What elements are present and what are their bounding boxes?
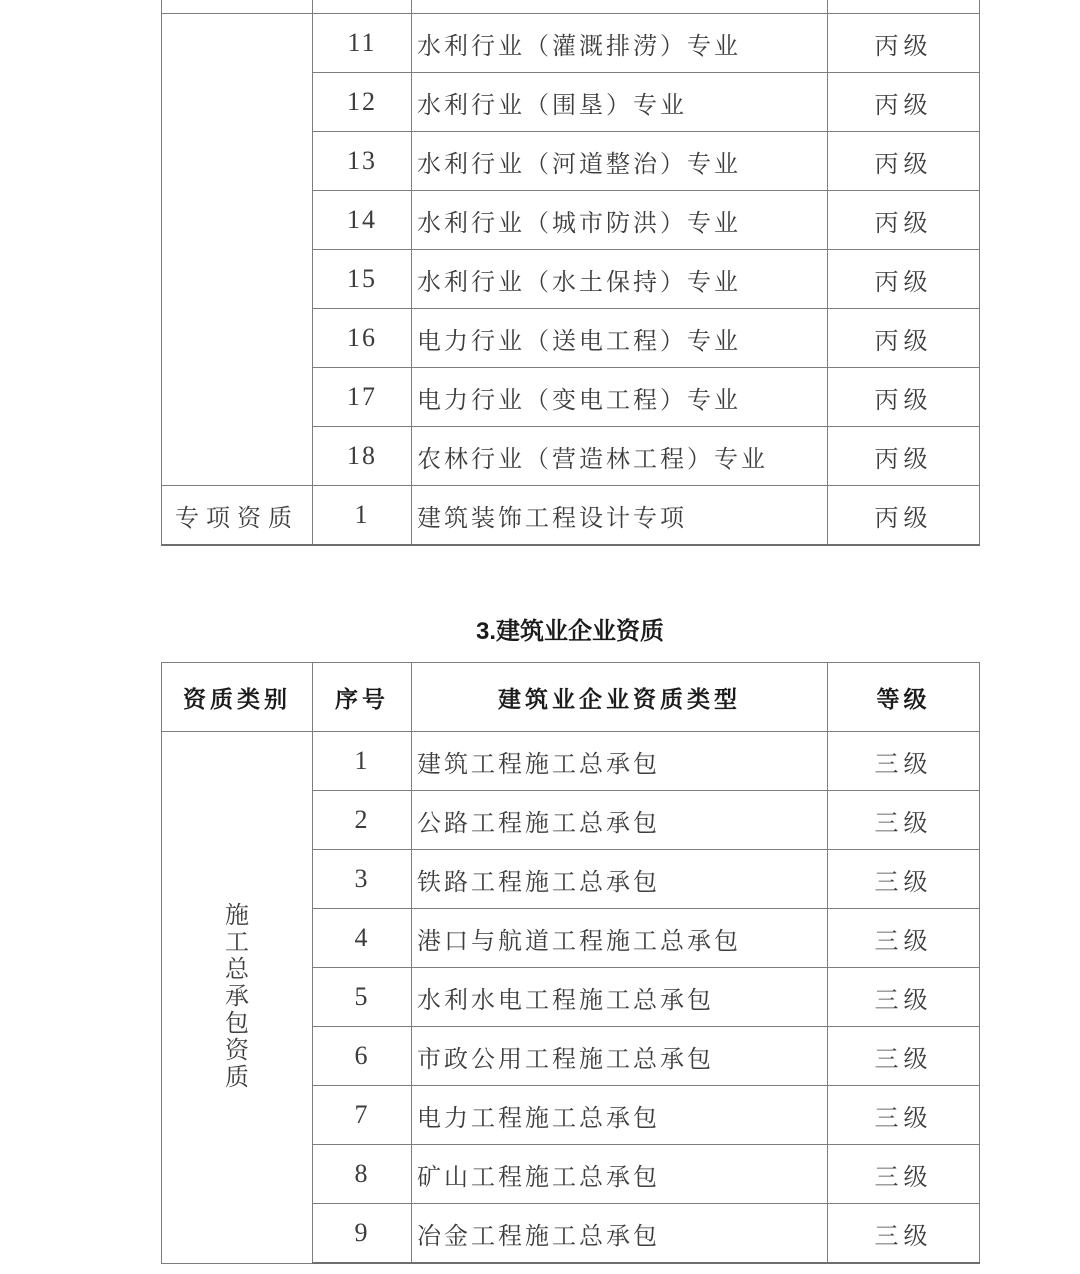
grade-cell: 丙级: [828, 73, 980, 132]
qualification-type-cell: 建筑工程施工总承包: [412, 732, 828, 791]
row-number-cell: 4: [313, 909, 412, 968]
row-number-cell: 3: [313, 850, 412, 909]
qualification-type-cell: 水利行业（城市防洪）专业: [412, 191, 828, 250]
header-qualification-type: 建筑业企业资质类型: [412, 663, 828, 732]
grade-cell: 三级: [828, 909, 980, 968]
construction-enterprise-qualification-table: 资质类别 序号 建筑业企业资质类型 等级 施工总承包资质 1 建筑工程施工总承包…: [161, 662, 980, 1264]
row-number-cell: 11: [313, 14, 412, 73]
category-cell-vertical: 施工总承包资质: [162, 732, 313, 1264]
qualification-type-cell: 建筑装饰工程设计专项: [412, 486, 828, 546]
grade-cell: 三级: [828, 732, 980, 791]
row-number-cell: 9: [313, 1204, 412, 1264]
qualification-type-cell: 农林行业（营造林工程）专业: [412, 427, 828, 486]
qualification-type-cell: 公路工程施工总承包: [412, 791, 828, 850]
grade-cell: 丙级: [828, 132, 980, 191]
qualification-type-cell: 水利行业（围垦）专业: [412, 73, 828, 132]
qualification-type-cell: 港口与航道工程施工总承包: [412, 909, 828, 968]
qualification-type-cell: 电力工程施工总承包: [412, 1086, 828, 1145]
qualification-type-cell: 水利行业（河道整治）专业: [412, 132, 828, 191]
qualification-type-cell: 铁路工程施工总承包: [412, 850, 828, 909]
category-cell: [162, 0, 313, 14]
grade-cell: 丙级: [828, 427, 980, 486]
design-qualification-table: 11 水利行业（灌溉排涝）专业 丙级 12 水利行业（围垦）专业 丙级 13 水…: [161, 0, 980, 546]
qualification-type-cell: 电力行业（送电工程）专业: [412, 309, 828, 368]
row-number-cell: 16: [313, 309, 412, 368]
document-page: 11 水利行业（灌溉排涝）专业 丙级 12 水利行业（围垦）专业 丙级 13 水…: [0, 0, 1080, 1274]
row-number-cell: 15: [313, 250, 412, 309]
table-row: 施工总承包资质 1 建筑工程施工总承包 三级: [162, 732, 980, 791]
table-header-row: 资质类别 序号 建筑业企业资质类型 等级: [162, 663, 980, 732]
header-row-number: 序号: [313, 663, 412, 732]
table-row-special: 专项资质 1 建筑装饰工程设计专项 丙级: [162, 486, 980, 546]
qualification-type-cell: 电力行业（变电工程）专业: [412, 368, 828, 427]
row-number-cell: 5: [313, 968, 412, 1027]
row-number-cell: 1: [313, 486, 412, 546]
qualification-type-cell: [412, 0, 828, 14]
row-number-cell: 2: [313, 791, 412, 850]
grade-cell: 丙级: [828, 368, 980, 427]
qualification-type-cell: 冶金工程施工总承包: [412, 1204, 828, 1264]
header-category: 资质类别: [162, 663, 313, 732]
section-title: 3.建筑业企业资质: [161, 615, 979, 649]
row-number-cell: 1: [313, 732, 412, 791]
grade-cell: 三级: [828, 968, 980, 1027]
grade-cell: 丙级: [828, 191, 980, 250]
grade-cell: 三级: [828, 850, 980, 909]
row-number-cell: [313, 0, 412, 14]
qualification-type-cell: 水利行业（灌溉排涝）专业: [412, 14, 828, 73]
grade-cell: 丙级: [828, 309, 980, 368]
category-cell-empty: [162, 14, 313, 486]
grade-cell: 三级: [828, 1027, 980, 1086]
grade-cell: 三级: [828, 791, 980, 850]
row-number-cell: 6: [313, 1027, 412, 1086]
grade-cell: [828, 0, 980, 14]
grade-cell: 三级: [828, 1204, 980, 1264]
table-row-partial: [162, 0, 980, 14]
qualification-type-cell: 水利行业（水土保持）专业: [412, 250, 828, 309]
grade-cell: 三级: [828, 1145, 980, 1204]
qualification-type-cell: 矿山工程施工总承包: [412, 1145, 828, 1204]
row-number-cell: 7: [313, 1086, 412, 1145]
row-number-cell: 14: [313, 191, 412, 250]
qualification-type-cell: 市政公用工程施工总承包: [412, 1027, 828, 1086]
grade-cell: 丙级: [828, 14, 980, 73]
category-cell: 专项资质: [162, 486, 313, 546]
row-number-cell: 18: [313, 427, 412, 486]
row-number-cell: 13: [313, 132, 412, 191]
header-grade: 等级: [828, 663, 980, 732]
row-number-cell: 12: [313, 73, 412, 132]
grade-cell: 丙级: [828, 250, 980, 309]
grade-cell: 丙级: [828, 486, 980, 546]
table-row: 11 水利行业（灌溉排涝）专业 丙级: [162, 14, 980, 73]
row-number-cell: 8: [313, 1145, 412, 1204]
grade-cell: 三级: [828, 1086, 980, 1145]
category-vertical-label: 施工总承包资质: [224, 903, 251, 1092]
qualification-type-cell: 水利水电工程施工总承包: [412, 968, 828, 1027]
row-number-cell: 17: [313, 368, 412, 427]
